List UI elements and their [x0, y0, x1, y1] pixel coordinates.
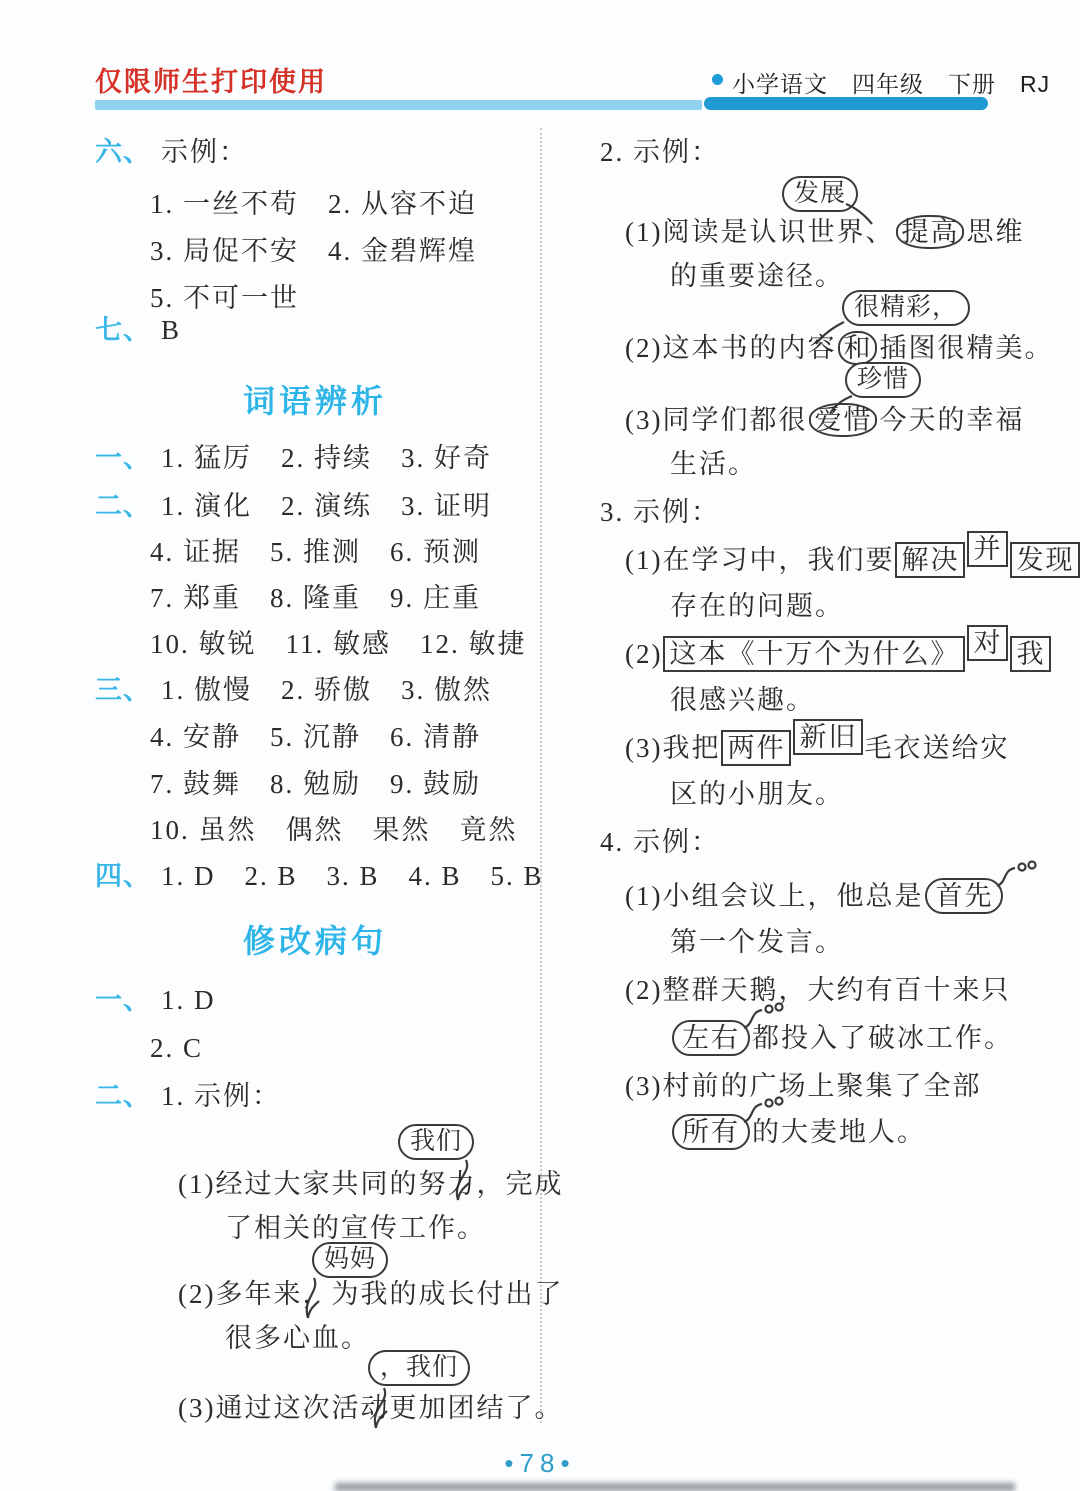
- answer-line: 四、1. D 2. B 3. B 4. B 5. B: [95, 858, 544, 894]
- section-marker: 一、: [95, 443, 151, 473]
- deleted-word: 首先: [935, 881, 993, 911]
- corrected-sentence: (3)通过这次活动更加团结了。: [178, 1390, 563, 1426]
- swap-box: 这本《十万个为什么》: [663, 636, 965, 672]
- insert-bubble: 妈妈: [312, 1242, 388, 1278]
- sentence-text: 今天的幸福: [879, 405, 1024, 435]
- section-marker: 四、: [95, 861, 151, 891]
- replaced-word: 提高: [896, 215, 964, 249]
- corrected-sentence: 第一个发言。: [670, 924, 844, 960]
- answer-text: 示例：: [161, 137, 248, 167]
- corrected-sentence: 所有的大麦地人。: [670, 1114, 926, 1150]
- book-tag: 小学语文 四年级 下册 RJ: [732, 66, 1050, 99]
- header-rule-dark: [704, 97, 988, 110]
- corrected-sentence: (1)小组会议上，他总是首先: [625, 878, 1005, 914]
- sentence-text: 插图很精美。: [879, 333, 1053, 363]
- page-footer: •78•: [0, 1448, 1080, 1479]
- answer-text: 1. 猛厉 2. 持续 3. 好奇: [161, 443, 492, 473]
- swap-box: 发现: [1010, 542, 1080, 578]
- corrected-sentence: 区的小朋友。: [670, 776, 844, 812]
- answer-line: 3. 局促不安 4. 金碧辉煌: [150, 233, 477, 269]
- answer-line: 2. C: [150, 1030, 203, 1066]
- delete-bubble: 所有: [672, 1114, 750, 1150]
- deleted-word: 左右: [682, 1023, 740, 1053]
- corrected-sentence: 了相关的宣传工作。: [225, 1210, 486, 1246]
- sentence-text: (1)在学习中，我们要: [625, 545, 894, 575]
- corrected-sentence: (1)在学习中，我们要解决并发现: [625, 542, 1080, 578]
- corrected-sentence: 左右都投入了破冰工作。: [670, 1020, 1013, 1056]
- sentence-text: (1)阅读是认识世界、: [625, 217, 894, 247]
- section-7-line: 七、B: [95, 312, 181, 348]
- section-heading-sentence-correction: 修改病句: [95, 916, 535, 962]
- section-marker: 六、: [95, 137, 151, 167]
- answer-text: 1. 演化 2. 演练 3. 证明: [161, 491, 492, 521]
- answer-text: 1. D: [161, 985, 216, 1015]
- corrected-sentence: 很感兴趣。: [670, 682, 815, 718]
- corrected-sentence: (1)经过大家共同的努力，完成: [178, 1166, 563, 1202]
- corrected-sentence: (2)这本书的内容和插图很精美。: [625, 330, 1053, 366]
- answer-line: 三、1. 傲慢 2. 骄傲 3. 傲然: [95, 672, 492, 708]
- delete-bubble: 首先: [925, 878, 1003, 914]
- answer-line: 7. 郑重 8. 隆重 9. 庄重: [150, 580, 481, 616]
- section-marker: 二、: [95, 1081, 151, 1111]
- delete-bubble: 左右: [672, 1020, 750, 1056]
- answer-line: 1. 一丝不苟 2. 从容不迫: [150, 186, 477, 222]
- corrected-sentence: (3)村前的广场上聚集了全部: [625, 1068, 981, 1104]
- answer-line: 4. 安静 5. 沉静 6. 清静: [150, 719, 481, 755]
- footer-dot-icon: •: [504, 1448, 519, 1478]
- corrected-sentence: 生活。: [670, 446, 757, 482]
- print-notice: 仅限师生打印使用: [95, 60, 327, 99]
- replaced-word: 爱惜: [809, 403, 877, 437]
- delete-squiggle-icon: [995, 860, 1039, 888]
- answer-line: 5. 不可一世: [150, 280, 299, 316]
- header-rule-light: [95, 100, 702, 110]
- answer-text: 1. 示例：: [161, 1081, 281, 1111]
- answer-line: 3. 示例：: [600, 494, 720, 530]
- corrected-sentence: (3)同学们都很爱惜今天的幸福: [625, 402, 1024, 438]
- swap-box-raised: 新旧: [793, 719, 863, 755]
- sentence-text: (3)我把: [625, 733, 720, 763]
- answer-page: 仅限师生打印使用 小学语文 四年级 下册 RJ 六、示例： 1. 一丝不苟 2.…: [0, 0, 1080, 1491]
- answer-text: 1. 傲慢 2. 骄傲 3. 傲然: [161, 675, 492, 705]
- section-marker: 一、: [95, 985, 151, 1015]
- sentence-text: 思维: [966, 217, 1024, 247]
- insert-bubble: ，我们: [368, 1350, 470, 1386]
- corrected-sentence: 的重要途径。: [670, 258, 844, 294]
- sentence-text: (3)同学们都很: [625, 405, 807, 435]
- corrected-sentence: (2)多年来，为我的成长付出了: [178, 1276, 563, 1312]
- page-number: 78: [520, 1448, 561, 1478]
- sentence-text: 都投入了破冰工作。: [752, 1023, 1013, 1053]
- section-6-line: 六、示例：: [95, 134, 248, 170]
- swap-box-raised: 并: [967, 531, 1008, 567]
- answer-line: 二、1. 示例：: [95, 1078, 281, 1114]
- corrected-sentence: (2)这本《十万个为什么》对我: [625, 636, 1052, 672]
- corrected-sentence: (1)阅读是认识世界、提高思维: [625, 214, 1024, 250]
- answer-line: 4. 示例：: [600, 824, 720, 860]
- answer-line: 一、1. D: [95, 982, 216, 1018]
- corrected-sentence: (2)整群天鹅，大约有百十来只: [625, 972, 1010, 1008]
- answer-line: 10. 虽然 偶然 果然 竟然: [150, 812, 518, 848]
- column-divider: [540, 128, 542, 1423]
- sentence-text: (1)小组会议上，他总是: [625, 881, 923, 911]
- replaced-word: 和: [838, 331, 877, 365]
- deleted-word: 所有: [682, 1117, 740, 1147]
- answer-line: 2. 示例：: [600, 134, 720, 170]
- delete-squiggle-icon: [742, 1096, 786, 1124]
- swap-box: 两件: [721, 730, 791, 766]
- footer-dot-icon: •: [560, 1448, 575, 1478]
- answer-text: 1. D 2. B 3. B 4. B 5. B: [161, 861, 544, 891]
- swap-box: 解决: [895, 542, 965, 578]
- section-heading-word-discrimination: 词语辨析: [95, 376, 535, 422]
- swap-box: 我: [1010, 636, 1051, 672]
- insert-bubble: 我们: [398, 1124, 474, 1160]
- swap-box-raised: 对: [967, 625, 1008, 661]
- answer-text: B: [161, 315, 181, 345]
- header-dot-icon: [712, 74, 723, 85]
- sentence-text: (2)这本书的内容: [625, 333, 836, 363]
- sentence-text: (2): [625, 639, 662, 669]
- section-marker: 七、: [95, 315, 151, 345]
- replace-bubble: 珍惜: [845, 362, 921, 398]
- answer-line: 一、1. 猛厉 2. 持续 3. 好奇: [95, 440, 492, 476]
- answer-line: 7. 鼓舞 8. 勉励 9. 鼓励: [150, 766, 481, 802]
- section-marker: 二、: [95, 491, 151, 521]
- section-marker: 三、: [95, 675, 151, 705]
- answer-line: 10. 敏锐 11. 敏感 12. 敏捷: [150, 626, 527, 662]
- corrected-sentence: 存在的问题。: [670, 588, 844, 624]
- answer-line: 4. 证据 5. 推测 6. 预测: [150, 534, 481, 570]
- delete-squiggle-icon: [742, 1002, 786, 1030]
- sentence-text: 毛衣送给灾: [864, 733, 1009, 763]
- corrected-sentence: 很多心血。: [225, 1320, 370, 1356]
- page-edge-artifact: [335, 1483, 1015, 1491]
- replace-bubble: 很精彩，: [842, 290, 970, 326]
- corrected-sentence: (3)我把两件新旧毛衣送给灾: [625, 730, 1009, 766]
- answer-line: 二、1. 演化 2. 演练 3. 证明: [95, 488, 492, 524]
